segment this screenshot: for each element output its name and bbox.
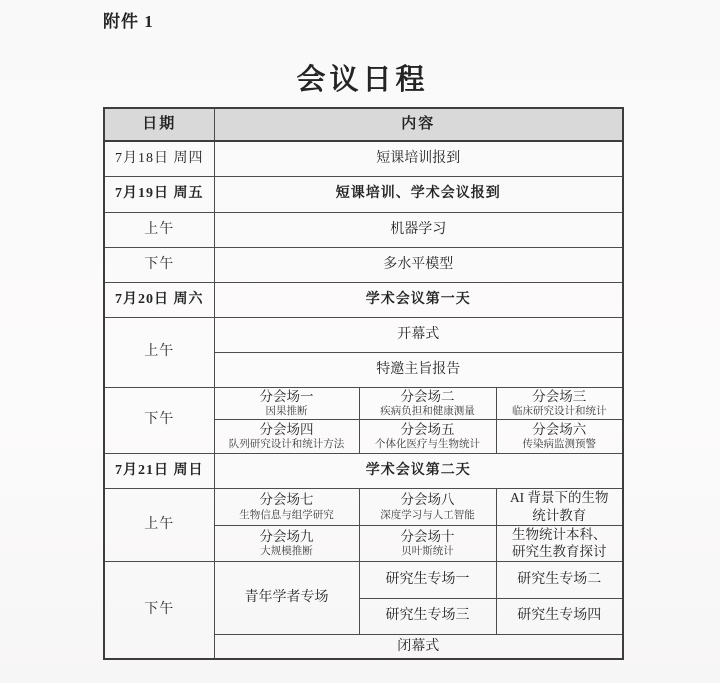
- session-biostat-education: 生物统计本科、 研究生教育探讨: [496, 525, 623, 561]
- session-subtitle: 传染病监测预警: [499, 439, 621, 452]
- header-content: 内容: [214, 108, 623, 141]
- session-subtitle: 深度学习与人工智能: [362, 510, 494, 523]
- table-row: 7月21日 周日 学术会议第二天: [104, 453, 623, 488]
- session-subtitle: 大规模推断: [217, 546, 357, 559]
- table-row: 上午 机器学习: [104, 212, 623, 247]
- table-row: 下午 多水平模型: [104, 247, 623, 282]
- session-title: 生物统计本科、 研究生教育探讨: [499, 526, 621, 561]
- schedule-table: 日期 内容 7月18日 周四 短课培训报到 7月19日 周五 短课培训、学术会议…: [103, 107, 624, 660]
- session-title: 分会场一: [217, 388, 357, 406]
- table-header-row: 日期 内容: [104, 108, 623, 141]
- session-title: 分会场二: [362, 388, 494, 406]
- session-title: AI 背景下的生物 统计教育: [499, 489, 621, 524]
- table-row: 7月19日 周五 短课培训、学术会议报到: [104, 176, 623, 212]
- session-5: 分会场五 个体化医疗与生物统计: [359, 419, 496, 453]
- session-subtitle: 临床研究设计和统计: [499, 406, 621, 419]
- session-9: 分会场九 大规模推断: [214, 525, 359, 561]
- date-jul18: 7月18日 周四: [104, 141, 214, 176]
- session-8: 分会场八 深度学习与人工智能: [359, 488, 496, 525]
- session-title: 分会场十: [362, 528, 494, 546]
- session-title: 分会场五: [362, 421, 494, 439]
- session-grad-1: 研究生专场一: [359, 561, 496, 598]
- content-jul19-pm: 多水平模型: [214, 247, 623, 282]
- session-grad-3: 研究生专场三: [359, 598, 496, 634]
- date-jul21-am: 上午: [104, 488, 214, 561]
- date-jul19-am: 上午: [104, 212, 214, 247]
- session-1: 分会场一 因果推断: [214, 387, 359, 419]
- session-title: 分会场八: [362, 491, 494, 509]
- content-jul19: 短课培训、学术会议报到: [214, 176, 623, 212]
- content-closing-ceremony: 闭幕式: [214, 634, 623, 659]
- session-grad-2: 研究生专场二: [496, 561, 623, 598]
- session-subtitle: 疾病负担和健康测量: [362, 406, 494, 419]
- table-row: 7月20日 周六 学术会议第一天: [104, 282, 623, 317]
- date-jul19: 7月19日 周五: [104, 176, 214, 212]
- header-date: 日期: [104, 108, 214, 141]
- session-title: 分会场七: [217, 491, 357, 509]
- table-row: 上午 分会场七 生物信息与组学研究 分会场八 深度学习与人工智能 AI 背景下的…: [104, 488, 623, 525]
- content-keynote: 特邀主旨报告: [214, 352, 623, 387]
- content-jul19-am: 机器学习: [214, 212, 623, 247]
- session-10: 分会场十 贝叶斯统计: [359, 525, 496, 561]
- content-jul21: 学术会议第二天: [214, 453, 623, 488]
- session-title: 分会场四: [217, 421, 357, 439]
- date-jul21: 7月21日 周日: [104, 453, 214, 488]
- table-row: 7月18日 周四 短课培训报到: [104, 141, 623, 176]
- content-opening-ceremony: 开幕式: [214, 317, 623, 352]
- table-row: 下午 分会场一 因果推断 分会场二 疾病负担和健康测量 分会场三 临床研究设计和…: [104, 387, 623, 419]
- session-3: 分会场三 临床研究设计和统计: [496, 387, 623, 419]
- session-subtitle: 因果推断: [217, 406, 357, 419]
- table-row: 上午 开幕式: [104, 317, 623, 352]
- date-jul20: 7月20日 周六: [104, 282, 214, 317]
- table-row: 下午 青年学者专场 研究生专场一 研究生专场二: [104, 561, 623, 598]
- attachment-label: 附件 1: [103, 7, 154, 32]
- session-title: 分会场九: [217, 528, 357, 546]
- session-7: 分会场七 生物信息与组学研究: [214, 488, 359, 525]
- page-title: 会议日程: [103, 57, 622, 98]
- content-jul18: 短课培训报到: [214, 141, 623, 176]
- session-grad-4: 研究生专场四: [496, 598, 623, 634]
- date-jul21-pm: 下午: [104, 561, 214, 659]
- session-subtitle: 队列研究设计和统计方法: [217, 439, 357, 452]
- date-jul20-pm: 下午: [104, 387, 214, 453]
- session-subtitle: 贝叶斯统计: [362, 546, 494, 559]
- session-young-scholar: 青年学者专场: [214, 561, 359, 634]
- content-jul20: 学术会议第一天: [214, 282, 623, 317]
- session-title: 分会场三: [499, 388, 621, 406]
- session-subtitle: 个体化医疗与生物统计: [362, 439, 494, 452]
- session-title: 分会场六: [499, 421, 621, 439]
- session-4: 分会场四 队列研究设计和统计方法: [214, 419, 359, 453]
- session-ai-education: AI 背景下的生物 统计教育: [496, 488, 623, 525]
- session-subtitle: 生物信息与组学研究: [217, 510, 357, 523]
- session-2: 分会场二 疾病负担和健康测量: [359, 387, 496, 419]
- date-jul19-pm: 下午: [104, 247, 214, 282]
- date-jul20-am: 上午: [104, 317, 214, 387]
- session-6: 分会场六 传染病监测预警: [496, 419, 623, 453]
- scanned-document-page: { "page": { "attachment_label": "附件 1", …: [0, 0, 720, 683]
